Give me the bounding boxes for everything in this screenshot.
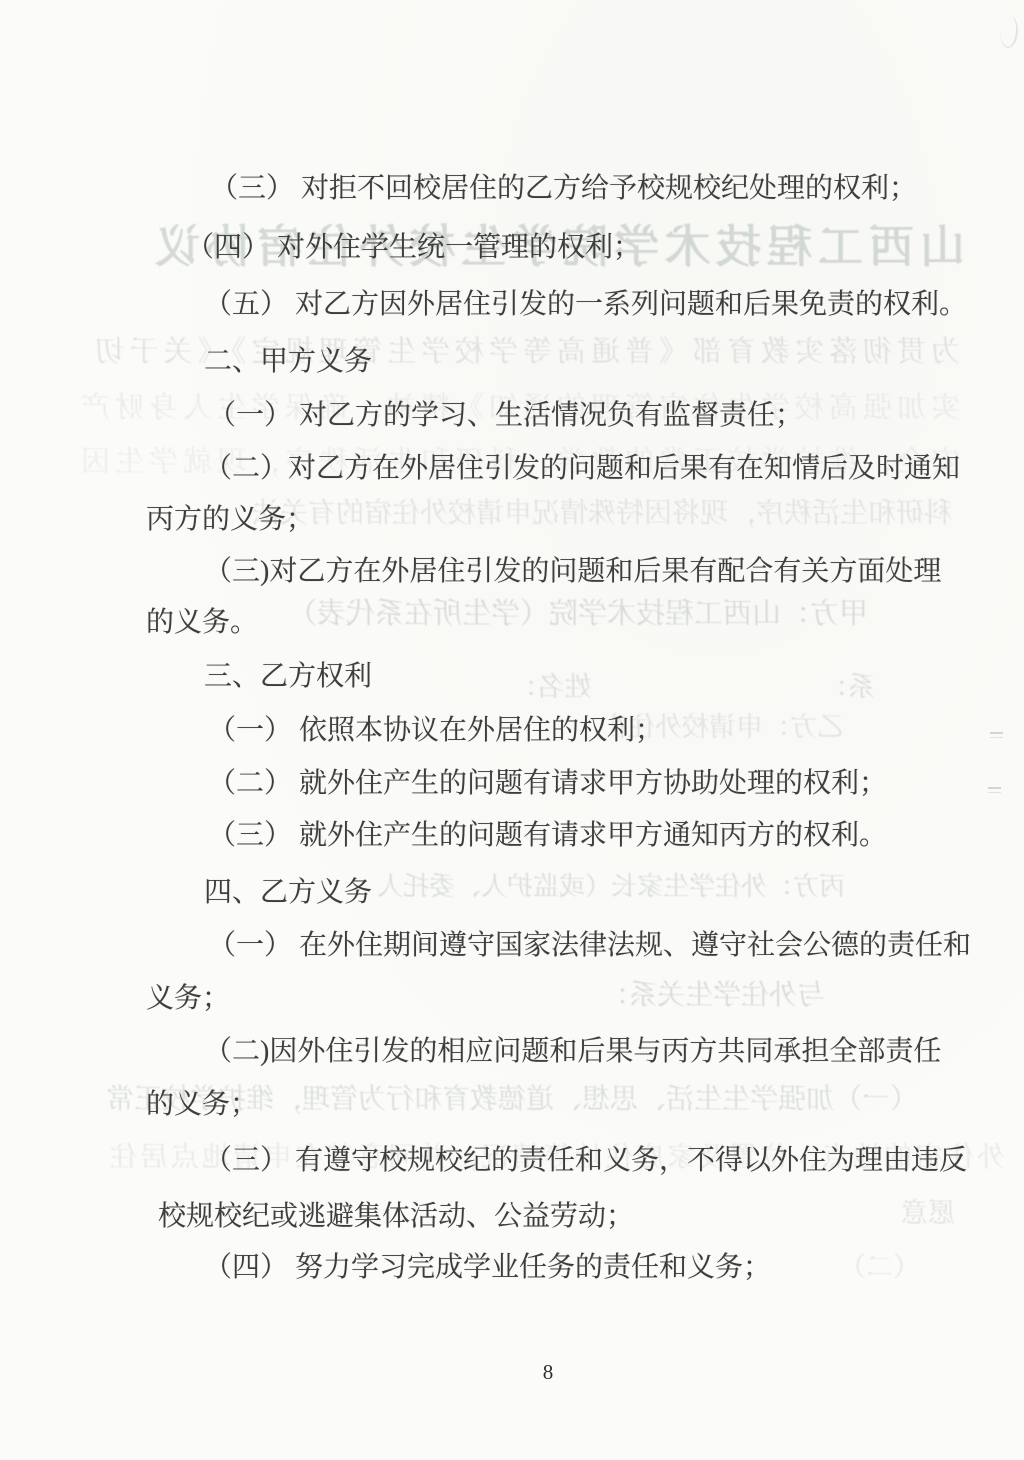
text-line: （二)因外住引发的相应问题和后果与丙方共同承担全部责任	[204, 1035, 941, 1069]
scanned-document-page: 山西工程技术学院学生校外住宿协议为贯彻落实教育部《普通高等学校学生管理规定》《关…	[0, 0, 1024, 1460]
text-line: （三） 就外住产生的问题有请求甲方通知丙方的权利。	[208, 819, 887, 853]
text-line: 二、甲方义务	[204, 345, 372, 379]
text-line: （二） 就外住产生的问题有请求甲方协助处理的权利；	[208, 767, 887, 801]
text-line: （二）对乙方在外居住引发的问题和后果有在知情后及时通知	[204, 452, 960, 486]
text-line: 义务；	[146, 982, 230, 1016]
text-line: （一） 在外住期间遵守国家法律法规、遵守社会公德的责任和	[208, 929, 971, 963]
text-line: 三、乙方权利	[204, 660, 372, 694]
text-line: 丙方的义务；	[146, 503, 314, 537]
page-number: 8	[536, 1360, 560, 1385]
text-line: （一） 对乙方的学习、生活情况负有监督责任；	[208, 399, 803, 433]
text-line: 校规校纪或逃避集体活动、公益劳动；	[158, 1200, 634, 1234]
text-line: （四） 对外住学生统一管理的权利；	[186, 231, 641, 265]
text-line: 的义务；	[146, 1088, 258, 1122]
text-line: （三） 对拒不回校居住的乙方给予校规校纪处理的权利；	[210, 172, 917, 206]
edge-scan-mark	[990, 732, 1003, 738]
text-line: （三)对乙方在外居住引发的问题和后果有配合有关方面处理	[204, 555, 941, 589]
text-line: 四、乙方义务	[204, 876, 372, 910]
text-line: （三） 有遵守校规校纪的责任和义务，不得以外住为理由违反	[204, 1144, 967, 1178]
document-text-layer: （三） 对拒不回校居住的乙方给予校规校纪处理的权利；（四） 对外住学生统一管理的…	[0, 0, 1024, 1460]
text-line: （五） 对乙方因外居住引发的一系列问题和后果免责的权利。	[204, 288, 967, 322]
text-line: 的义务。	[146, 606, 258, 640]
text-line: （四） 努力学习完成学业任务的责任和义务；	[204, 1251, 771, 1285]
edge-scan-mark	[988, 787, 1001, 793]
text-line: （一） 依照本协议在外居住的权利；	[208, 714, 663, 748]
